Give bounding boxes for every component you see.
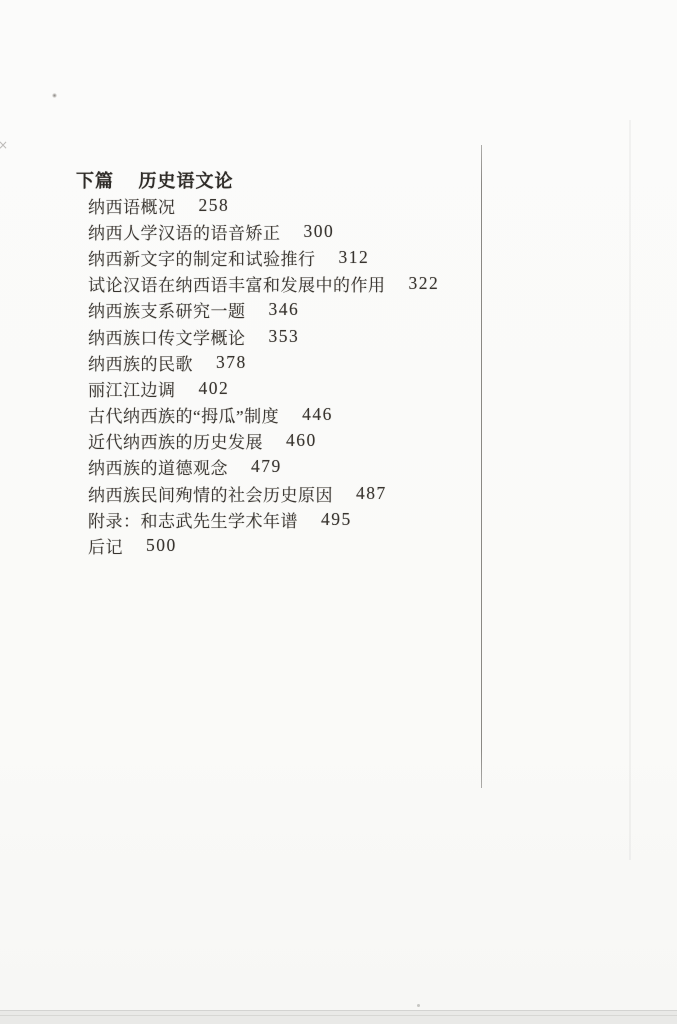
- toc-entry-title: 纳西族支系研究一题: [88, 297, 246, 322]
- toc-entry-page: 300: [304, 221, 335, 242]
- toc-entry-title: 古代纳西族的“拇瓜”制度: [88, 402, 279, 427]
- toc-entry: 后记 500: [88, 532, 508, 558]
- section-heading-title: 历史语文论: [139, 168, 234, 194]
- scan-speck: [417, 1004, 420, 1007]
- paper-texture-streak: [629, 120, 631, 860]
- toc-entry: 古代纳西族的“拇瓜”制度 446: [88, 402, 508, 428]
- toc-entry: 纳西新文字的制定和试验推行 312: [88, 244, 508, 270]
- toc-entry-page: 353: [269, 326, 300, 347]
- toc-entry-title: 附录：和志武先生学术年谱: [88, 507, 298, 532]
- toc-entry: 纳西族的民歌 378: [88, 349, 508, 375]
- toc-entry-title: 纳西族口传文学概论: [88, 324, 246, 349]
- scan-edge-band: [0, 1010, 677, 1024]
- toc-entry: 纳西族支系研究一题 346: [88, 297, 508, 323]
- toc-entry-title: 近代纳西族的历史发展: [88, 428, 263, 453]
- toc-entry-page: 378: [216, 352, 247, 373]
- toc-entry-page: 346: [269, 299, 300, 320]
- toc-entry-title: 后记: [88, 533, 123, 558]
- toc-entry-title: 纳西新文字的制定和试验推行: [88, 245, 316, 270]
- section-heading-part: 下篇: [76, 168, 114, 194]
- toc-entry-page: 402: [199, 378, 230, 399]
- section-heading: 下篇 历史语文论: [76, 168, 234, 194]
- toc-entry-title: 试论汉语在纳西语丰富和发展中的作用: [88, 271, 386, 296]
- toc-entry: 附录：和志武先生学术年谱 495: [88, 506, 508, 532]
- toc-entry-page: 322: [409, 273, 440, 294]
- toc-entry-page: 460: [286, 430, 317, 451]
- toc-entry: 近代纳西族的历史发展 460: [88, 428, 508, 454]
- toc-entry-page: 487: [356, 483, 387, 504]
- toc-entry-title: 纳西族民间殉情的社会历史原因: [88, 481, 333, 506]
- toc-entry-page: 500: [146, 535, 177, 556]
- scan-speck: [52, 93, 57, 98]
- toc-entry: 纳西语概况 258: [88, 192, 508, 218]
- toc-entry: 纳西族的道德观念 479: [88, 454, 508, 480]
- toc-entry-page: 479: [251, 456, 282, 477]
- scan-speck: ×: [0, 138, 8, 152]
- toc-entry-title: 丽江江边调: [88, 376, 176, 401]
- toc-entry: 纳西族民间殉情的社会历史原因 487: [88, 480, 508, 506]
- toc-entry-page: 446: [302, 404, 333, 425]
- toc-entry-page: 312: [339, 247, 370, 268]
- toc-entry-title: 纳西语概况: [88, 193, 176, 218]
- toc-entry-title: 纳西人学汉语的语音矫正: [88, 219, 281, 244]
- toc-entry-title: 纳西族的道德观念: [88, 454, 228, 479]
- toc-entry: 纳西族口传文学概论 353: [88, 323, 508, 349]
- table-of-contents: 纳西语概况 258 纳西人学汉语的语音矫正 300 纳西新文字的制定和试验推行 …: [88, 192, 508, 559]
- toc-entry: 丽江江边调 402: [88, 375, 508, 401]
- vertical-divider-rule: [481, 145, 482, 788]
- toc-entry-page: 258: [199, 195, 230, 216]
- toc-entry: 纳西人学汉语的语音矫正 300: [88, 218, 508, 244]
- toc-entry-title: 纳西族的民歌: [88, 350, 193, 375]
- toc-entry: 试论汉语在纳西语丰富和发展中的作用 322: [88, 271, 508, 297]
- toc-entry-page: 495: [321, 509, 352, 530]
- scanned-book-page: 下篇 历史语文论 纳西语概况 258 纳西人学汉语的语音矫正 300 纳西新文字…: [0, 0, 677, 1024]
